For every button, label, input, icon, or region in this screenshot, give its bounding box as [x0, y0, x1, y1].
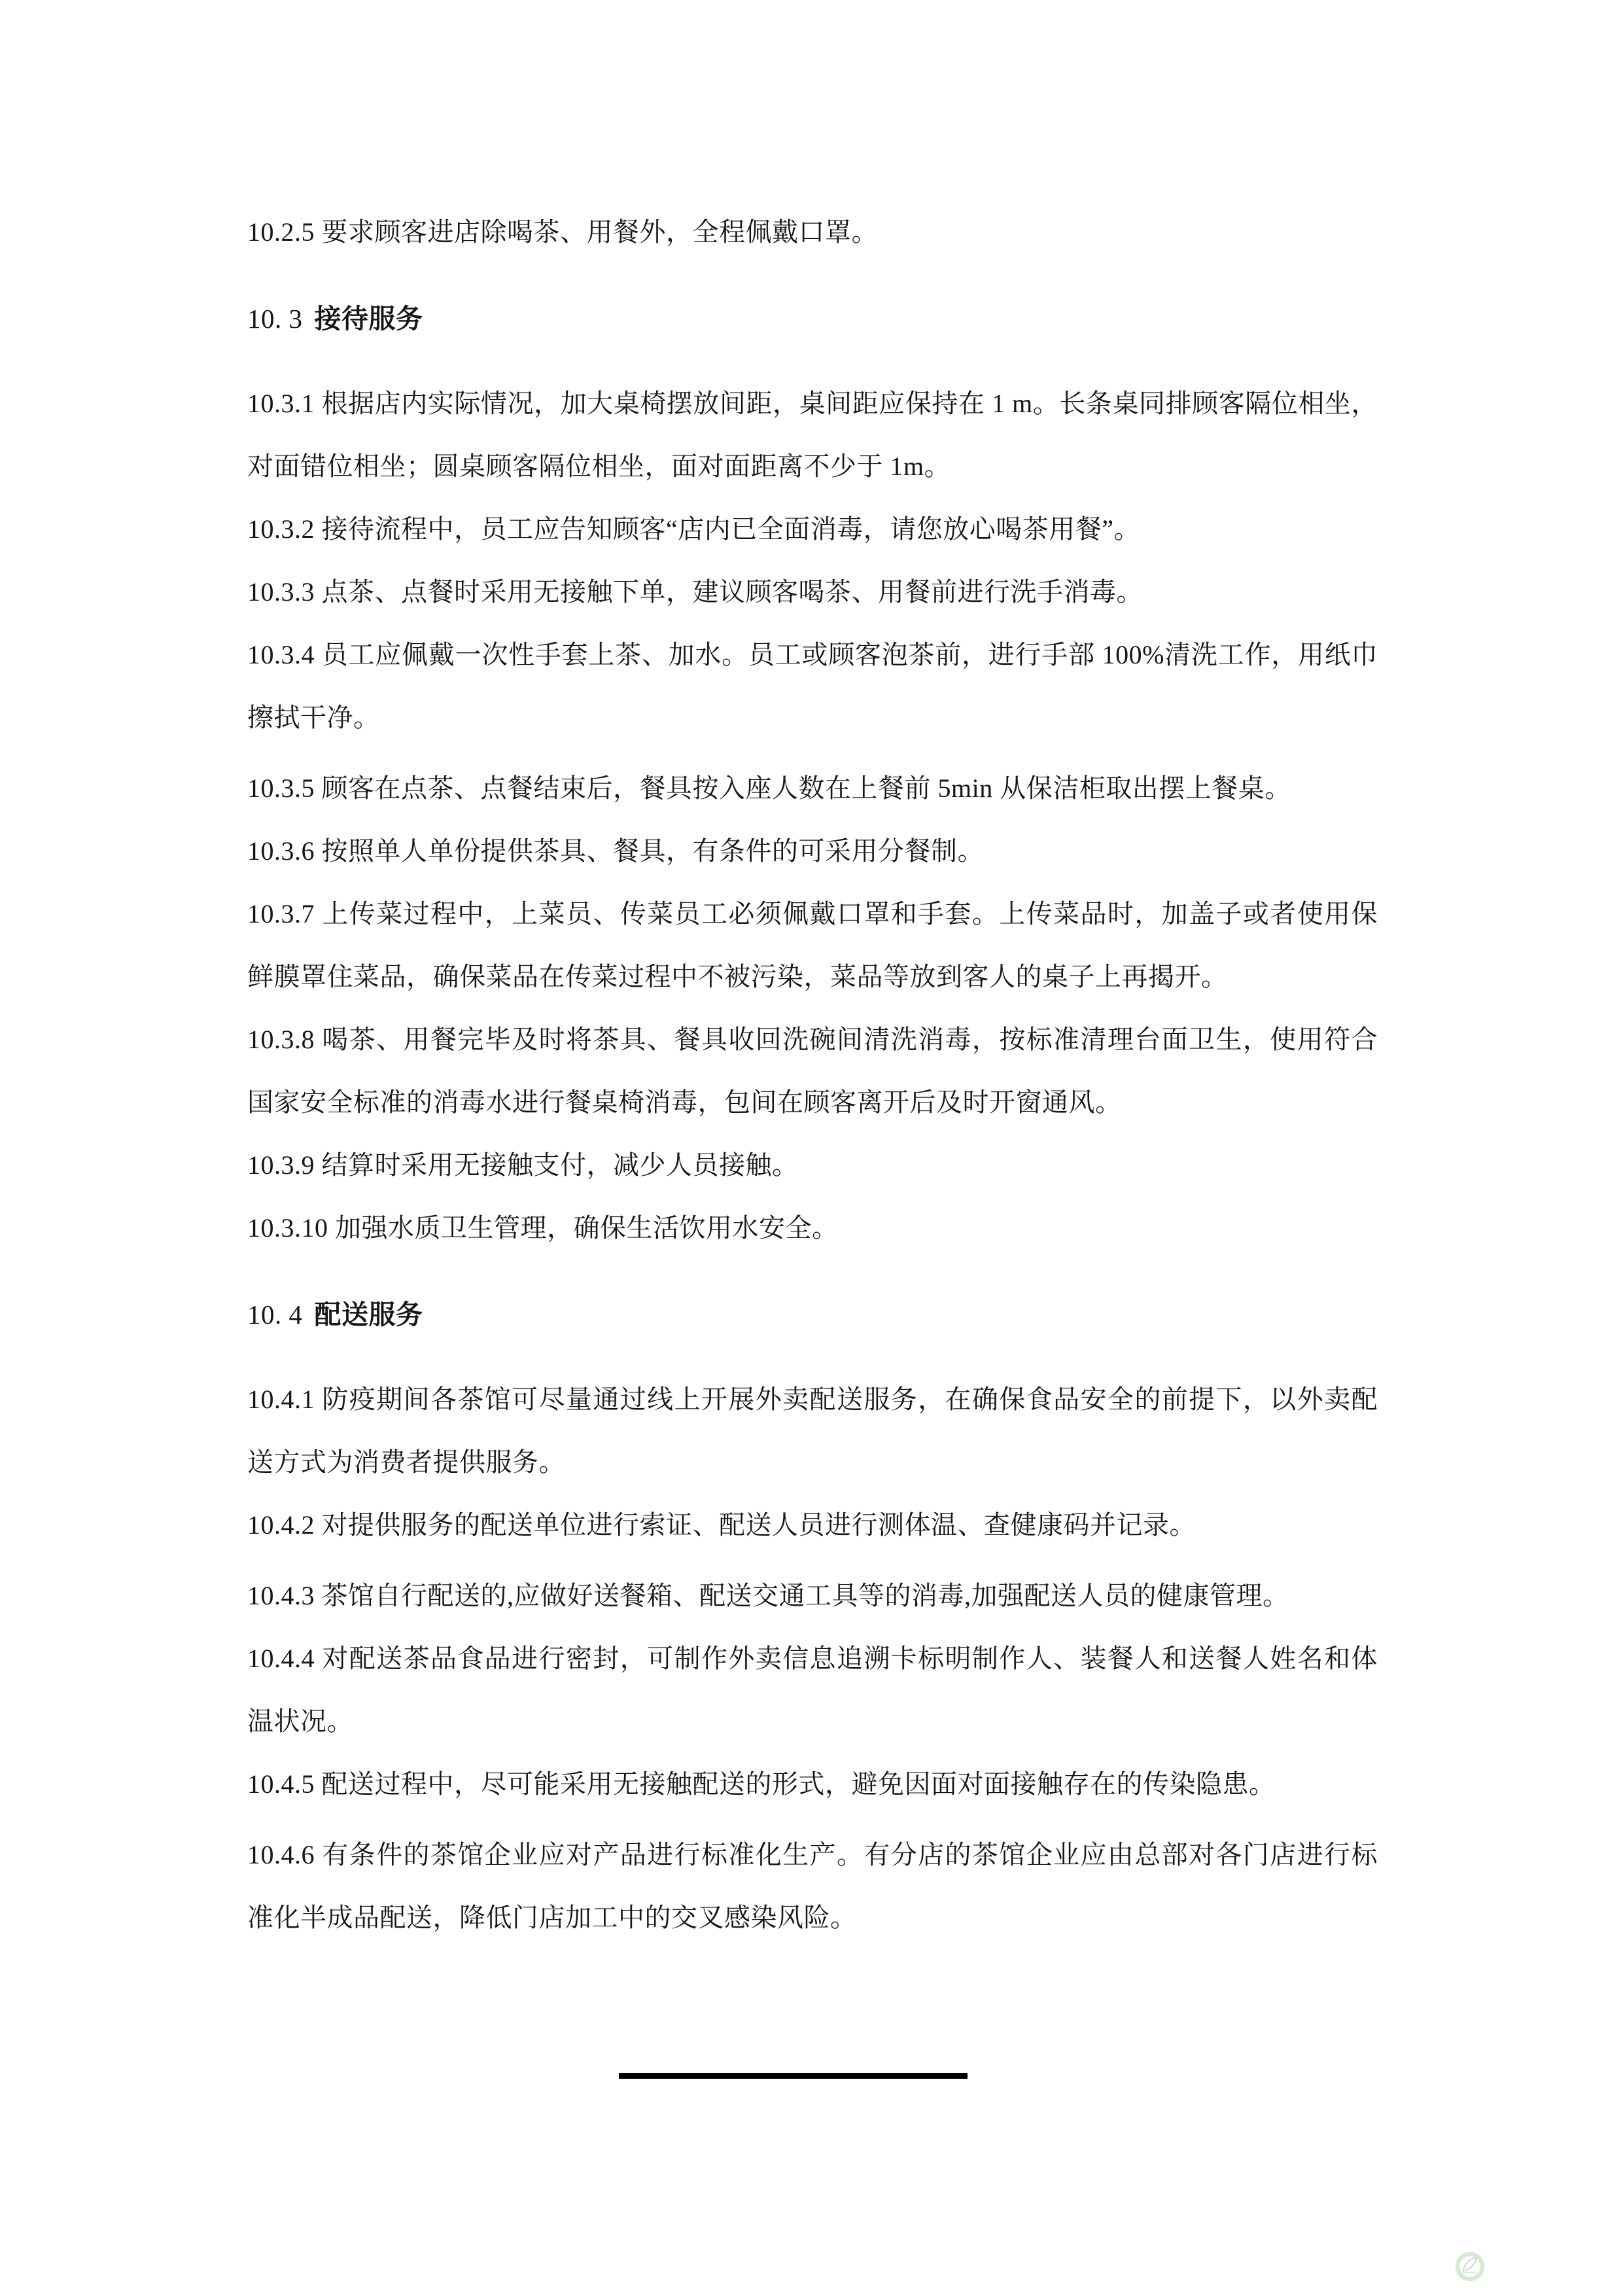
clause-10-4-5: 10.4.5 配送过程中，尽可能采用无接触配送的形式，避免因面对面接触存在的传染…	[247, 1753, 1378, 1816]
clause-10-3-10: 10.3.10 加强水质卫生管理，确保生活饮用水安全。	[247, 1197, 1378, 1260]
document-body: 10.2.5 要求顾客进店除喝茶、用餐外，全程佩戴口罩。 10. 3接待服务 1…	[247, 201, 1378, 1949]
clause-10-4-3: 10.4.3 茶馆自行配送的,应做好送餐箱、配送交通工具等的消毒,加强配送人员的…	[247, 1564, 1378, 1627]
clause-10-3-6: 10.3.6 按照单人单份提供茶具、餐具，有条件的可采用分餐制。	[247, 820, 1378, 883]
heading-title: 配送服务	[315, 1299, 423, 1330]
clause-10-3-2: 10.3.2 接待流程中，员工应告知顾客“店内已全面消毒，请您放心喝茶用餐”。	[247, 498, 1378, 561]
heading-number: 10. 4	[247, 1299, 303, 1330]
clause-10-3-7: 10.3.7 上传菜过程中，上菜员、传菜员工必须佩戴口罩和手套。上传菜品时，加盖…	[247, 883, 1378, 1008]
heading-title: 接待服务	[315, 304, 423, 334]
clause-10-3-5: 10.3.5 顾客在点茶、点餐结束后，餐具按入座人数在上餐前 5min 从保洁柜…	[247, 757, 1378, 820]
section-heading-10-3: 10. 3接待服务	[247, 287, 1378, 350]
clause-10-3-9: 10.3.9 结算时采用无接触支付，减少人员接触。	[247, 1134, 1378, 1197]
clause-10-4-2: 10.4.2 对提供服务的配送单位进行索证、配送人员进行测体温、查健康码并记录。	[247, 1494, 1378, 1557]
clause-10-3-1: 10.3.1 根据店内实际情况，加大桌椅摆放间距，桌间距应保持在 1 m。长条桌…	[247, 372, 1378, 498]
clause-10-3-3: 10.3.3 点茶、点餐时采用无接触下单，建议顾客喝茶、用餐前进行洗手消毒。	[247, 561, 1378, 624]
clause-10-2-5: 10.2.5 要求顾客进店除喝茶、用餐外，全程佩戴口罩。	[247, 201, 1378, 264]
section-heading-10-4: 10. 4配送服务	[247, 1283, 1378, 1346]
document-page: 10.2.5 要求顾客进店除喝茶、用餐外，全程佩戴口罩。 10. 3接待服务 1…	[0, 0, 1623, 2296]
clause-10-4-6: 10.4.6 有条件的茶馆企业应对产品进行标准化生产。有分店的茶馆企业应由总部对…	[247, 1824, 1378, 1949]
heading-number: 10. 3	[247, 304, 303, 334]
section-end-rule	[619, 2073, 968, 2079]
leaf-logo-watermark-icon	[1455, 2252, 1485, 2282]
clause-10-4-4: 10.4.4 对配送茶品食品进行密封，可制作外卖信息追溯卡标明制作人、装餐人和送…	[247, 1627, 1378, 1753]
clause-10-3-4: 10.3.4 员工应佩戴一次性手套上茶、加水。员工或顾客泡茶前，进行手部 100…	[247, 624, 1378, 749]
clause-10-4-1: 10.4.1 防疫期间各茶馆可尽量通过线上开展外卖配送服务，在确保食品安全的前提…	[247, 1368, 1378, 1494]
clause-10-3-8: 10.3.8 喝茶、用餐完毕及时将茶具、餐具收回洗碗间清洗消毒，按标准清理台面卫…	[247, 1008, 1378, 1134]
